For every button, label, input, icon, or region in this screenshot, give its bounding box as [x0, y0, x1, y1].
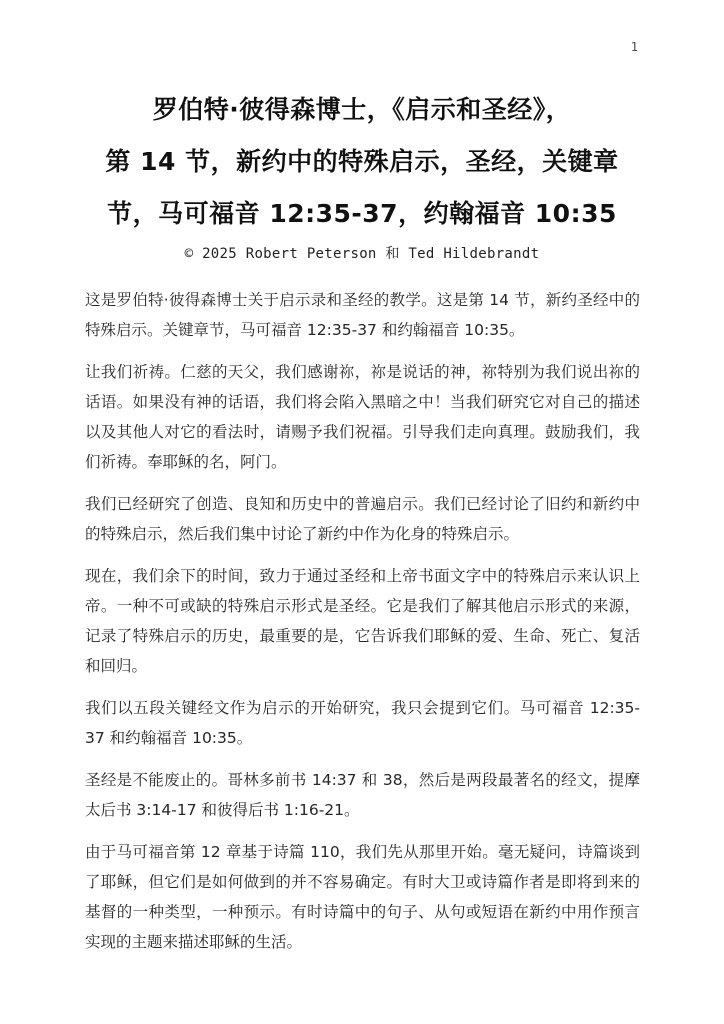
document-body: 这是罗伯特·彼得森博士关于启示录和圣经的教学。这是第 14 节，新约圣经中的特殊… — [0, 263, 724, 957]
paragraph-key-passages: 我们以五段关键经文作为启示的开始研究，我只会提到它们。马可福音 12:35-37… — [85, 693, 640, 753]
paragraph-passage-list: 圣经是不能废止的。哥林多前书 14:37 和 38，然后是两段最著名的经文，提摩… — [85, 765, 640, 825]
paragraph-intro: 这是罗伯特·彼得森博士关于启示录和圣经的教学。这是第 14 节，新约圣经中的特殊… — [85, 285, 640, 345]
title-line-2: 第 14 节，新约中的特殊启示，圣经，关键章 — [62, 136, 662, 188]
title-line-1: 罗伯特·彼得森博士，《启示和圣经》， — [62, 84, 662, 136]
copyright-byline: © 2025 Robert Peterson 和 Ted Hildebrandt — [0, 243, 724, 263]
paragraph-review: 我们已经研究了创造、良知和历史中的普遍启示。我们已经讨论了旧约和新约中的特殊启示… — [85, 489, 640, 549]
title-line-3: 节，马可福音 12:35-37，约翰福音 10:35 — [62, 188, 662, 240]
paragraph-scripture-focus: 现在，我们余下的时间，致力于通过圣经和上帝书面文字中的特殊启示来认识上帝。一种不… — [85, 561, 640, 681]
document-page: 1 罗伯特·彼得森博士，《启示和圣经》， 第 14 节，新约中的特殊启示，圣经，… — [0, 0, 724, 1024]
paragraph-psalm-110: 由于马可福音第 12 章基于诗篇 110，我们先从那里开始。毫无疑问，诗篇谈到了… — [85, 837, 640, 957]
document-title: 罗伯特·彼得森博士，《启示和圣经》， 第 14 节，新约中的特殊启示，圣经，关键… — [0, 0, 724, 240]
paragraph-prayer: 让我们祈祷。仁慈的天父，我们感谢祢，祢是说话的神，祢特别为我们说出祢的话语。如果… — [85, 357, 640, 477]
page-number: 1 — [631, 40, 638, 54]
